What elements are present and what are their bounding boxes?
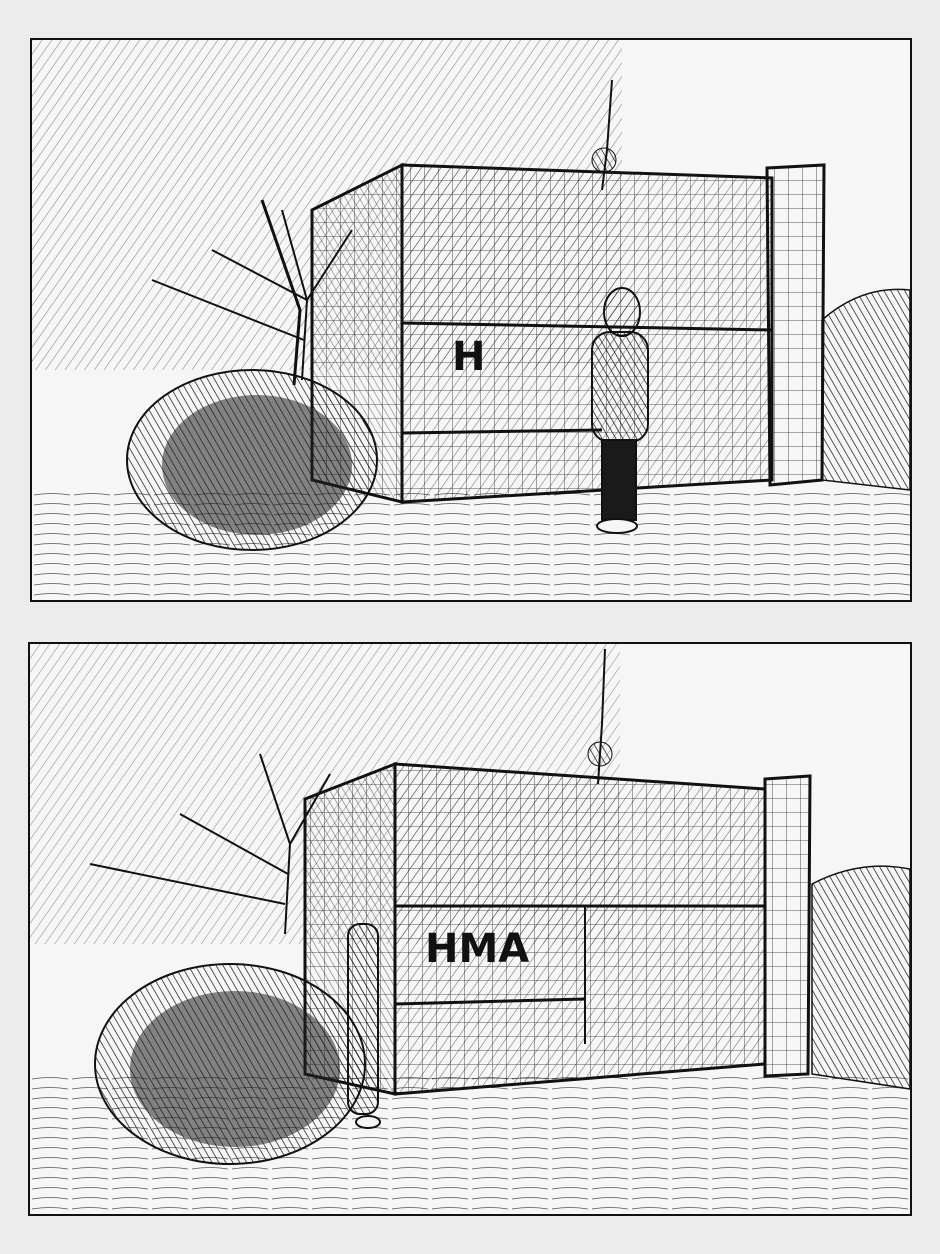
pillar [765,776,810,1076]
panel-1-drawing: H [32,40,910,600]
comic-panel-2: Panel 2: same scene; the figure walks aw… [28,642,912,1216]
pillar [767,165,824,485]
hedge [822,289,910,490]
graffiti-tag: HMA [425,926,529,972]
hedge [812,866,910,1089]
figure [348,924,380,1128]
comic-panel-1: Panel 1: a figure with long hair stands … [30,38,912,602]
panel-2-drawing: HMA [30,644,910,1214]
graffiti-tag: H [452,334,485,380]
